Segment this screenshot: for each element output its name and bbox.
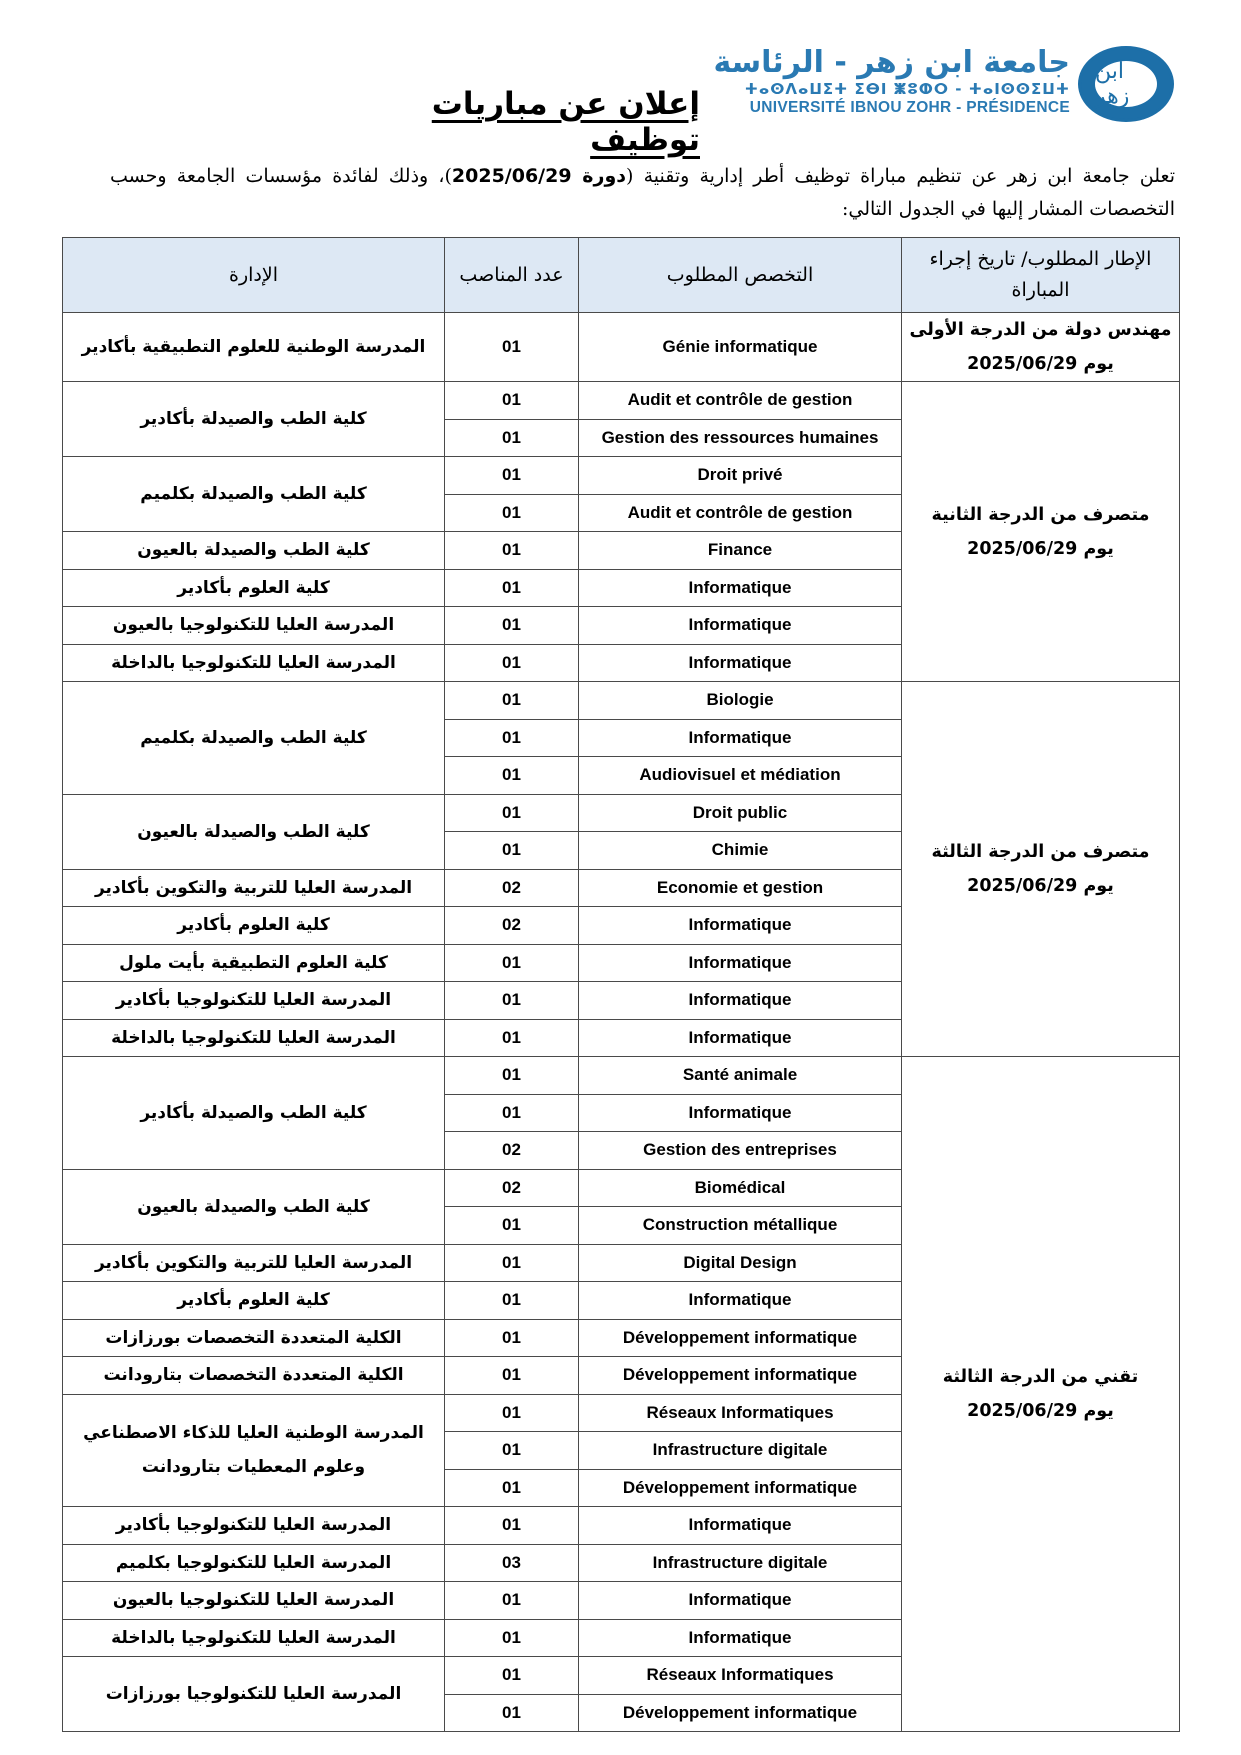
department-cell: الكلية المتعددة التخصصات بتارودانت xyxy=(63,1357,445,1395)
department-cell: المدرسة العليا للتكنولوجيا بالداخلة xyxy=(63,1619,445,1657)
positions-count-cell: 01 xyxy=(445,1657,579,1695)
positions-count-cell: 01 xyxy=(445,1244,579,1282)
positions-count-cell: 01 xyxy=(445,1619,579,1657)
intro-text-start: تعلن جامعة ابن زهر عن تنظيم مباراة توظيف… xyxy=(626,165,1175,187)
department-cell: المدرسة الوطنية العليا للذكاء الاصطناعي … xyxy=(63,1394,445,1507)
specialty-cell: Infrastructure digitale xyxy=(579,1544,902,1582)
specialty-cell: Informatique xyxy=(579,1094,902,1132)
specialty-cell: Informatique xyxy=(579,607,902,645)
positions-count-cell: 01 xyxy=(445,419,579,457)
specialty-cell: Génie informatique xyxy=(579,313,902,382)
exam-date: يوم 2025/06/29 xyxy=(908,532,1173,566)
specialty-cell: Biologie xyxy=(579,682,902,720)
positions-count-cell: 01 xyxy=(445,1394,579,1432)
positions-count-cell: 01 xyxy=(445,757,579,795)
header-count: عدد المناصب xyxy=(445,238,579,313)
specialty-cell: Chimie xyxy=(579,832,902,870)
department-cell: المدرسة العليا للتكنولوجيا بورزازات xyxy=(63,1657,445,1732)
session-label: دورة 2025/06/29 xyxy=(452,165,626,187)
department-cell: المدرسة العليا للتكنولوجيا بالداخلة xyxy=(63,1019,445,1057)
frame-cell: تقني من الدرجة الثالثةيوم 2025/06/29 xyxy=(902,1057,1180,1732)
positions-count-cell: 01 xyxy=(445,1507,579,1545)
department-cell: المدرسة العليا للتكنولوجيا بكلميم xyxy=(63,1544,445,1582)
specialty-cell: Biomédical xyxy=(579,1169,902,1207)
specialty-cell: Economie et gestion xyxy=(579,869,902,907)
specialty-cell: Informatique xyxy=(579,944,902,982)
specialty-cell: Audit et contrôle de gestion xyxy=(579,382,902,420)
positions-count-cell: 01 xyxy=(445,1019,579,1057)
positions-count-cell: 01 xyxy=(445,532,579,570)
positions-count-cell: 01 xyxy=(445,1694,579,1732)
document-title: إعلان عن مباريات توظيف xyxy=(340,86,700,158)
positions-count-cell: 01 xyxy=(445,494,579,532)
header-department: الإدارة xyxy=(63,238,445,313)
university-name-tifinagh: ⵜⴰⵙⴷⴰⵡⵉⵜ ⵉⴱⵏ ⵥⵓⵀⵔ - ⵜⴰⵏⵙⵙⵉⵡⵜ xyxy=(705,80,1070,98)
positions-count-cell: 01 xyxy=(445,457,579,495)
positions-count-cell: 01 xyxy=(445,1319,579,1357)
intro-paragraph: تعلن جامعة ابن زهر عن تنظيم مباراة توظيف… xyxy=(110,160,1175,226)
specialty-cell: Informatique xyxy=(579,1507,902,1545)
specialty-cell: Gestion des ressources humaines xyxy=(579,419,902,457)
positions-count-cell: 01 xyxy=(445,644,579,682)
university-name-block: جامعة ابن زهر - الرئاسة ⵜⴰⵙⴷⴰⵡⵉⵜ ⵉⴱⵏ ⵥⵓⵀ… xyxy=(705,46,1070,118)
department-cell: المدرسة العليا للتكنولوجيا بأكادير xyxy=(63,1507,445,1545)
specialty-cell: Réseaux Informatiques xyxy=(579,1657,902,1695)
positions-count-cell: 01 xyxy=(445,1582,579,1620)
department-cell: كلية العلوم التطبيقية بأيت ملول xyxy=(63,944,445,982)
specialty-cell: Développement informatique xyxy=(579,1357,902,1395)
positions-count-cell: 01 xyxy=(445,313,579,382)
specialty-cell: Informatique xyxy=(579,569,902,607)
specialty-cell: Développement informatique xyxy=(579,1469,902,1507)
table-row: متصرف من الدرجة الثالثةيوم 2025/06/29Bio… xyxy=(63,682,1180,720)
specialty-cell: Développement informatique xyxy=(579,1694,902,1732)
specialty-cell: Informatique xyxy=(579,907,902,945)
exam-date: يوم 2025/06/29 xyxy=(908,869,1173,903)
department-cell: كلية الطب والصيدلة بكلميم xyxy=(63,457,445,532)
specialty-cell: Audit et contrôle de gestion xyxy=(579,494,902,532)
university-name-arabic: جامعة ابن زهر - الرئاسة xyxy=(705,46,1070,80)
specialty-cell: Construction métallique xyxy=(579,1207,902,1245)
frame-title: متصرف من الدرجة الثانية xyxy=(908,498,1173,532)
positions-count-cell: 01 xyxy=(445,1207,579,1245)
header-frame: الإطار المطلوب/ تاريخ إجراء المباراة xyxy=(902,238,1180,313)
positions-count-cell: 02 xyxy=(445,1132,579,1170)
specialty-cell: Gestion des entreprises xyxy=(579,1132,902,1170)
table-header-row: الإطار المطلوب/ تاريخ إجراء المباراة الت… xyxy=(63,238,1180,313)
specialty-cell: Informatique xyxy=(579,1282,902,1320)
frame-title: تقني من الدرجة الثالثة xyxy=(908,1360,1173,1394)
positions-count-cell: 02 xyxy=(445,907,579,945)
positions-count-cell: 01 xyxy=(445,1282,579,1320)
positions-count-cell: 01 xyxy=(445,607,579,645)
specialty-cell: Santé animale xyxy=(579,1057,902,1095)
positions-count-cell: 01 xyxy=(445,1469,579,1507)
specialty-cell: Audiovisuel et médiation xyxy=(579,757,902,795)
frame-title: متصرف من الدرجة الثالثة xyxy=(908,835,1173,869)
department-cell: كلية الطب والصيدلة بأكادير xyxy=(63,1057,445,1170)
specialty-cell: Informatique xyxy=(579,1582,902,1620)
university-name-french: UNIVERSITÉ IBNOU ZOHR - PRÉSIDENCE xyxy=(705,98,1070,118)
positions-count-cell: 01 xyxy=(445,719,579,757)
positions-count-cell: 01 xyxy=(445,569,579,607)
positions-count-cell: 01 xyxy=(445,382,579,420)
department-cell: المدرسة العليا للتربية والتكوين بأكادير xyxy=(63,1244,445,1282)
table-row: تقني من الدرجة الثالثةيوم 2025/06/29Sant… xyxy=(63,1057,1180,1095)
positions-count-cell: 01 xyxy=(445,794,579,832)
frame-title: مهندس دولة من الدرجة الأولى xyxy=(908,313,1173,347)
department-cell: كلية الطب والصيدلة بالعيون xyxy=(63,1169,445,1244)
positions-count-cell: 02 xyxy=(445,1169,579,1207)
header-specialty: التخصص المطلوب xyxy=(579,238,902,313)
specialty-cell: Informatique xyxy=(579,719,902,757)
specialty-cell: Infrastructure digitale xyxy=(579,1432,902,1470)
specialty-cell: Informatique xyxy=(579,1019,902,1057)
department-cell: المدرسة العليا للتكنولوجيا بالعيون xyxy=(63,1582,445,1620)
positions-count-cell: 01 xyxy=(445,1357,579,1395)
frame-cell: متصرف من الدرجة الثانيةيوم 2025/06/29 xyxy=(902,382,1180,682)
positions-count-cell: 01 xyxy=(445,1094,579,1132)
positions-table: الإطار المطلوب/ تاريخ إجراء المباراة الت… xyxy=(62,237,1180,1732)
specialty-cell: Informatique xyxy=(579,1619,902,1657)
department-cell: الكلية المتعددة التخصصات بورزازات xyxy=(63,1319,445,1357)
positions-count-cell: 01 xyxy=(445,944,579,982)
frame-cell: مهندس دولة من الدرجة الأولىيوم 2025/06/2… xyxy=(902,313,1180,382)
specialty-cell: Droit public xyxy=(579,794,902,832)
department-cell: كلية الطب والصيدلة بأكادير xyxy=(63,382,445,457)
university-seal-icon: ابن زهر xyxy=(1078,46,1174,122)
positions-count-cell: 01 xyxy=(445,1057,579,1095)
department-cell: كلية العلوم بأكادير xyxy=(63,1282,445,1320)
positions-count-cell: 02 xyxy=(445,869,579,907)
department-cell: كلية العلوم بأكادير xyxy=(63,907,445,945)
positions-count-cell: 01 xyxy=(445,832,579,870)
positions-count-cell: 01 xyxy=(445,982,579,1020)
department-cell: كلية العلوم بأكادير xyxy=(63,569,445,607)
specialty-cell: Informatique xyxy=(579,982,902,1020)
department-cell: المدرسة العليا للتكنولوجيا بالداخلة xyxy=(63,644,445,682)
department-cell: المدرسة العليا للتكنولوجيا بأكادير xyxy=(63,982,445,1020)
department-cell: المدرسة العليا للتربية والتكوين بأكادير xyxy=(63,869,445,907)
specialty-cell: Développement informatique xyxy=(579,1319,902,1357)
seal-monogram: ابن زهر xyxy=(1093,59,1159,109)
exam-date: يوم 2025/06/29 xyxy=(908,347,1173,381)
table-body: مهندس دولة من الدرجة الأولىيوم 2025/06/2… xyxy=(63,313,1180,1732)
frame-cell: متصرف من الدرجة الثالثةيوم 2025/06/29 xyxy=(902,682,1180,1057)
specialty-cell: Finance xyxy=(579,532,902,570)
positions-count-cell: 01 xyxy=(445,1432,579,1470)
positions-count-cell: 03 xyxy=(445,1544,579,1582)
specialty-cell: Informatique xyxy=(579,644,902,682)
department-cell: المدرسة الوطنية للعلوم التطبيقية بأكادير xyxy=(63,313,445,382)
specialty-cell: Digital Design xyxy=(579,1244,902,1282)
department-cell: كلية الطب والصيدلة بالعيون xyxy=(63,794,445,869)
department-cell: كلية الطب والصيدلة بالعيون xyxy=(63,532,445,570)
specialty-cell: Réseaux Informatiques xyxy=(579,1394,902,1432)
table-row: متصرف من الدرجة الثانيةيوم 2025/06/29Aud… xyxy=(63,382,1180,420)
department-cell: كلية الطب والصيدلة بكلميم xyxy=(63,682,445,795)
department-cell: المدرسة العليا للتكنولوجيا بالعيون xyxy=(63,607,445,645)
exam-date: يوم 2025/06/29 xyxy=(908,1394,1173,1428)
positions-count-cell: 01 xyxy=(445,682,579,720)
table-row: مهندس دولة من الدرجة الأولىيوم 2025/06/2… xyxy=(63,313,1180,382)
specialty-cell: Droit privé xyxy=(579,457,902,495)
